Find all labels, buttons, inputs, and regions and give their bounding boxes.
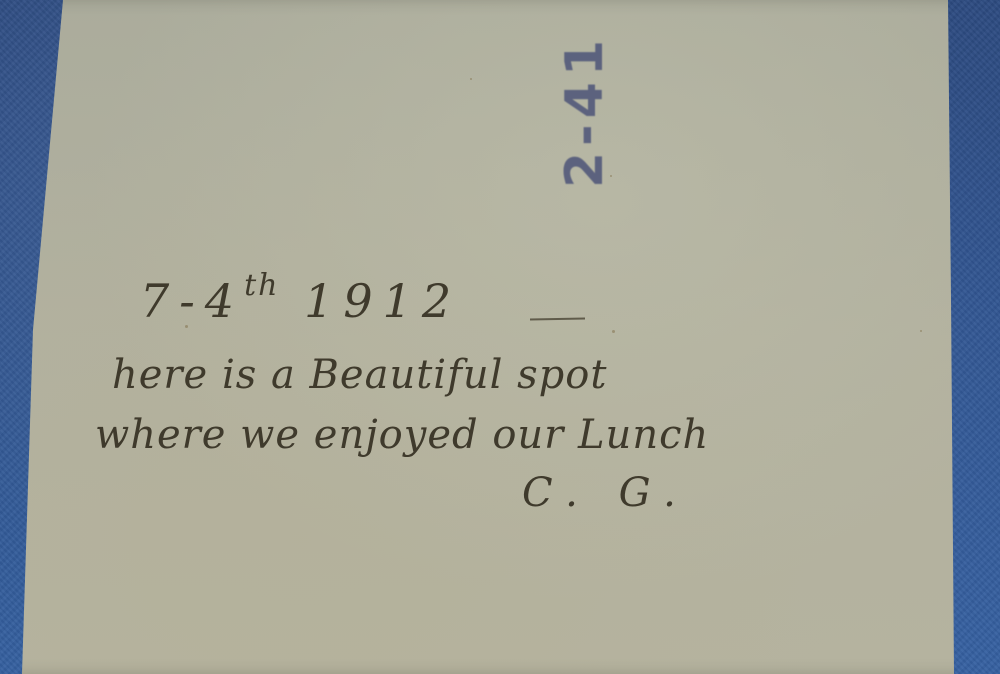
paper-speck: [920, 330, 922, 332]
paper-speck: [612, 330, 615, 333]
date-year: 1912: [304, 274, 461, 328]
date-suffix: th: [244, 268, 279, 303]
inscription-line-1: here is a Beautiful spot: [112, 352, 607, 398]
date-month-day: 7-4: [140, 274, 244, 328]
inscription-line-2: where we enjoyed our Lunch: [95, 412, 709, 458]
inscription-date: 7-4th 1912: [140, 268, 461, 328]
inventory-stamp: 2-41: [540, 28, 630, 193]
stamp-number: 2-41: [555, 33, 615, 187]
inscription-signature: C. G.: [522, 470, 690, 516]
paper-speck: [470, 78, 472, 80]
paper-edge-shadow: [0, 0, 1000, 674]
